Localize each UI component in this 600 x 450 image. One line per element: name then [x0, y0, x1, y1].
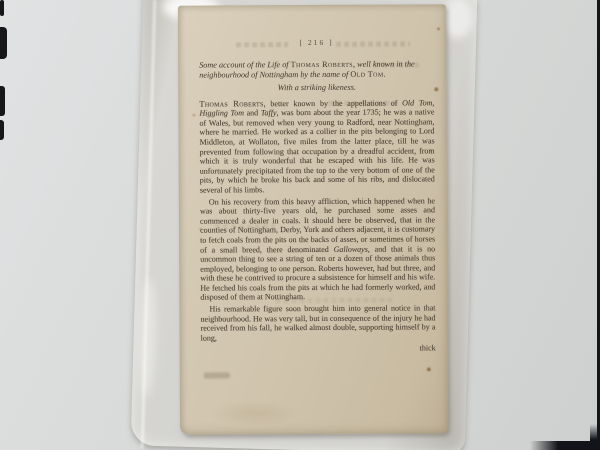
body-text: and — [244, 108, 261, 117]
foxing-spot — [427, 367, 431, 371]
page-text-block: [ 216 ] Some account of the Life of Thom… — [199, 37, 436, 356]
foxing-spot — [192, 114, 195, 117]
body-text: , better known by the appellations of — [264, 98, 403, 108]
heading-name-old-tom: Old Tom — [350, 69, 383, 78]
catchword: thick — [201, 344, 436, 355]
body-paragraph-3: His remarkable figure soon brought him i… — [200, 303, 435, 343]
film-edge-mark — [0, 86, 5, 116]
body-text-italic: Taffy — [261, 108, 277, 117]
body-text-italic: Galloways — [334, 244, 368, 253]
paragraph-lead-name: Thomas Roberts — [199, 98, 263, 108]
document-page: [ 216 ] Some account of the Life of Thom… — [178, 4, 448, 434]
heading-text: . — [384, 69, 386, 78]
body-text: , was born about the year 1735; he was a… — [199, 108, 434, 195]
page-number: [ 216 ] — [199, 37, 434, 47]
film-edge-mark — [0, 27, 7, 59]
signature-mark-smudge — [204, 372, 230, 378]
heading-subtitle: With a striking likeness. — [199, 82, 434, 92]
film-edge-mark — [0, 0, 4, 16]
body-paragraph-2: On his recovery from this heavy afflicti… — [200, 196, 436, 303]
foxing-spot — [437, 27, 440, 30]
body-paragraph-1: Thomas Roberts, better known by the appe… — [199, 98, 434, 195]
photo-of-document: [ 216 ] Some account of the Life of Thom… — [0, 0, 600, 450]
heading-text: Some account of the Life of — [199, 60, 290, 69]
article-body: Thomas Roberts, better known by the appe… — [199, 98, 435, 355]
heading-name-thomas-roberts: Thomas Roberts — [291, 60, 353, 69]
foxing-spot — [434, 87, 438, 91]
film-edge-mark — [0, 120, 4, 140]
film-edge-corner — [590, 424, 600, 450]
paper-stain — [210, 400, 300, 426]
article-heading: Some account of the Life of Thomas Rober… — [199, 59, 434, 80]
sleeve-highlight — [442, 0, 473, 39]
